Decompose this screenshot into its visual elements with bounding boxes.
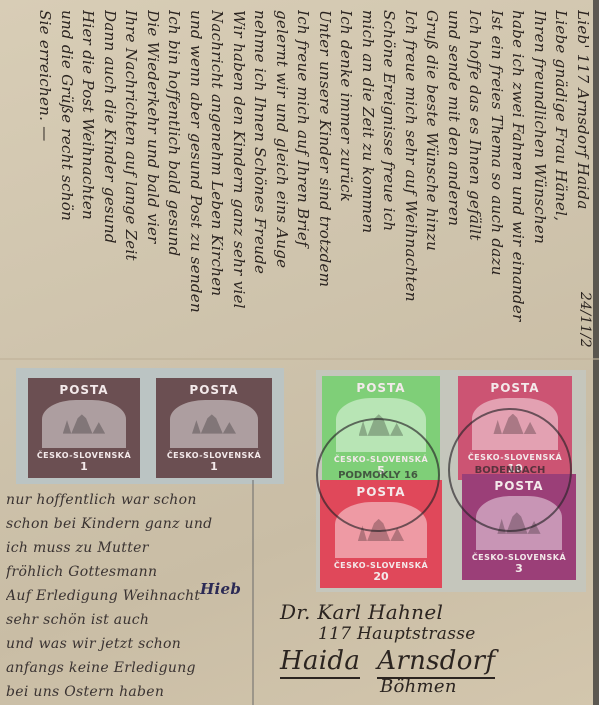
message-line: schon bei Kindern ganz und [6, 512, 250, 536]
message-top: 24/11/2 Lieb' 117 Arnsdorf HaidaLiebe gn… [0, 0, 599, 358]
message-line: habe ich zwei Fahnen und wir einander [507, 10, 529, 348]
message-line: und die Grüße recht schön [56, 10, 78, 348]
stamp-hradcany-1h-left: POSTAČESKO-SLOVENSKÁ1 [28, 378, 140, 478]
recipient-street: 117 Hauptstrasse [318, 624, 495, 644]
castle-icon [42, 400, 127, 448]
stamp-country: ČESKO-SLOVENSKÁ [472, 553, 566, 562]
message-line: Ich bin hoffentlich bald gesund [163, 10, 185, 348]
stamp-country: ČESKO-SLOVENSKÁ [334, 561, 428, 570]
message-line: Ihre Nachrichten auf lange Zeit [120, 10, 142, 348]
stamp-top-text: POSTA [490, 381, 539, 395]
stamp-top-text: POSTA [59, 383, 108, 397]
message-line: anfangs keine Erledigung [6, 656, 250, 680]
message-line: Hier die Post Weihnachten [77, 10, 99, 348]
postmark-podmokly: PODMOKLY 16 [316, 418, 440, 532]
message-line: sehr schön ist auch [6, 608, 250, 632]
message-line: Ist ein freies Thema so auch dazu [486, 10, 508, 348]
message-line: Die Wiederkehr und bald vier [142, 10, 164, 348]
message-line: Wir haben den Kindern ganz sehr viel [228, 10, 250, 348]
stamp-top-text: POSTA [189, 383, 238, 397]
stamp-top-text: POSTA [356, 381, 405, 395]
message-line: Ich freue mich sehr auf Weihnachten [400, 10, 422, 348]
message-line: und sende mit den anderen [443, 10, 465, 348]
ink-word: Hieb [200, 580, 241, 598]
stamp-value: 1 [80, 460, 88, 473]
stamp-hradcany-1h-right: POSTAČESKO-SLOVENSKÁ1 [156, 378, 272, 478]
stamp-country: ČESKO-SLOVENSKÁ [167, 451, 261, 460]
message-line: Gruß die beste Wünsche hinzu [421, 10, 443, 348]
message-line: Schöne Ereignisse freue ich [378, 10, 400, 348]
message-line: Ich freue mich auf Ihren Brief [292, 10, 314, 348]
message-line: Dann auch die Kinder gesund [99, 10, 121, 348]
stamp-value: 20 [373, 570, 388, 583]
recipient-country: Böhmen [380, 676, 495, 697]
message-line: Ich denke immer zurück [335, 10, 357, 348]
message-line: und wenn aber gesund Post zu senden [185, 10, 207, 348]
message-line: und was wir jetzt schon [6, 632, 250, 656]
stamp-value: 1 [210, 460, 218, 473]
postmark-bodenbach: BODENBACH [448, 408, 572, 532]
stamp-value: 3 [515, 562, 523, 575]
castle-icon [170, 400, 258, 448]
postcard: 24/11/2 Lieb' 117 Arnsdorf HaidaLiebe gn… [0, 0, 599, 705]
message-line: mich an die Zeit zu kommen [357, 10, 379, 348]
message-line: Ihren freundlichen Wünschen [529, 10, 551, 348]
message-line: Liebe gnädige Frau Hänel, [550, 10, 572, 348]
message-line: Ich hoffe das es Ihnen gefällt [464, 10, 486, 348]
message-line: Nachricht angenehm Leben Kirchen [206, 10, 228, 348]
message-line: ich muss zu Mutter [6, 536, 250, 560]
recipient-name: Dr. Karl Hahnel [280, 600, 495, 624]
address: Dr. Karl Hahnel 117 Hauptstrasse Haida A… [280, 600, 495, 697]
divider [0, 358, 599, 360]
vertical-divider [252, 480, 254, 705]
message-date: 24/11/2 [577, 292, 593, 348]
message-line: nur hoffentlich war schon [6, 488, 250, 512]
message-line: bei uns Ostern haben [6, 680, 250, 704]
message-line: nehme ich Ihnen Schönes Freude [249, 10, 271, 348]
stamp-country: ČESKO-SLOVENSKÁ [37, 451, 131, 460]
message-line: gelernt wir und gleich eins Auge [271, 10, 293, 348]
message-line: Unter unsere Kinder sind trotzdem [314, 10, 336, 348]
recipient-city: Haida Arnsdorf [280, 646, 495, 676]
message-line: Sie erreichen. — [34, 10, 56, 348]
